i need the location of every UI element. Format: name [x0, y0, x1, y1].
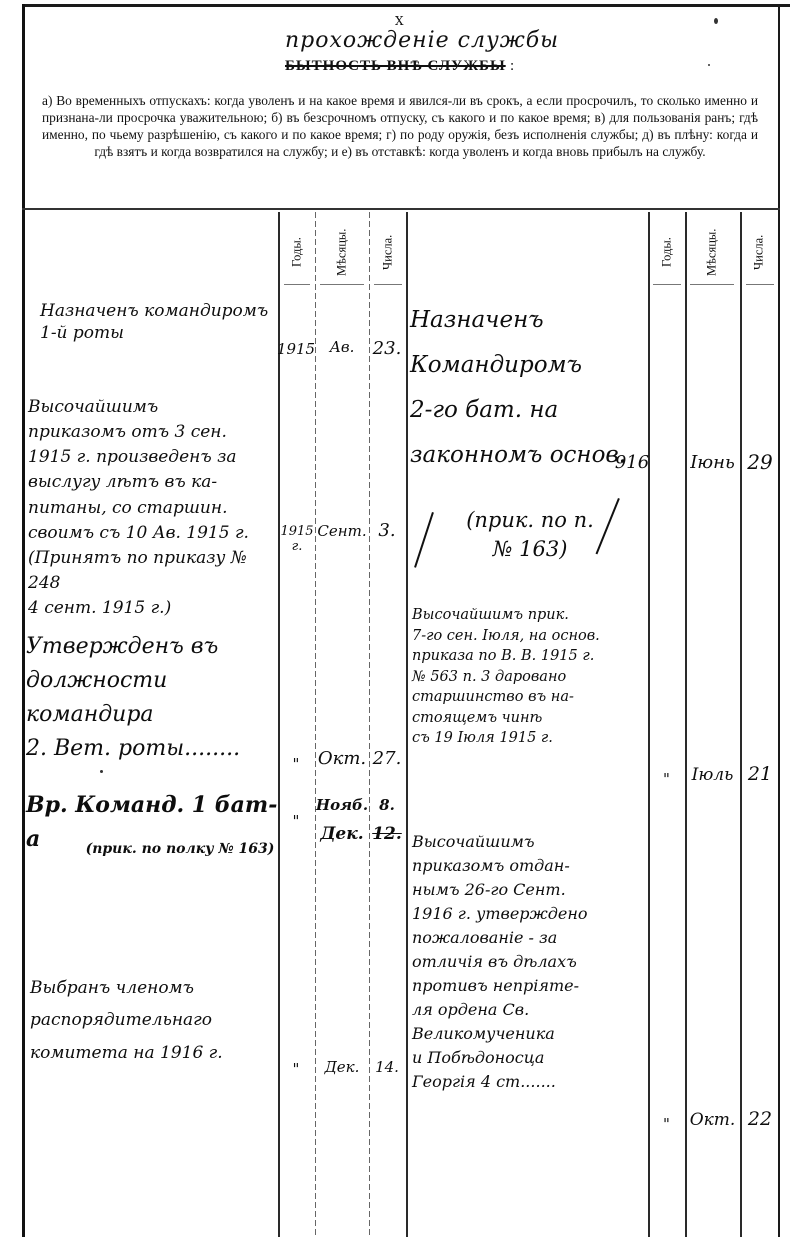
left-entry-4-month: Нояб.	[315, 796, 369, 814]
service-record-page: X прохожденіе службы БЫТНОСТЬ ВНѢ СЛУЖБЫ…	[0, 0, 790, 1237]
right-border	[778, 4, 780, 1237]
header-divider	[22, 208, 780, 210]
header-underline	[374, 284, 402, 285]
left-entry-4-month-2: Дек.	[315, 824, 369, 844]
left-entry-5-day: 14.	[367, 1058, 407, 1076]
column-line	[369, 212, 370, 1237]
header-underline	[690, 284, 734, 285]
left-years-header: Годы.	[282, 222, 312, 282]
left-entry-4-day-2: 12.	[367, 824, 407, 844]
right-entry-1-year: 916	[612, 452, 652, 473]
header-underline	[284, 284, 310, 285]
left-entry-4-day: 8.	[367, 796, 407, 814]
header-underline	[653, 284, 681, 285]
right-entry-3-day: 22	[740, 1108, 780, 1130]
right-months-header: Мѣсяцы.	[697, 222, 727, 282]
column-line	[685, 212, 687, 1237]
right-entry-2-month: Іюль	[685, 765, 740, 785]
right-entry-3-year: "	[648, 1115, 685, 1133]
right-entry-2: Высочайшимъ прик. 7-го сен. Іюля, на осн…	[412, 605, 648, 749]
pen-stroke	[414, 512, 434, 568]
ink-speck	[100, 770, 103, 773]
column-line	[740, 212, 742, 1237]
right-years-header: Годы.	[652, 222, 682, 282]
right-entry-2-day: 21	[740, 763, 780, 785]
left-entry-3-month: Окт.	[315, 748, 369, 769]
right-entry-3: Высочайшимъ приказомъ отдан- нымъ 26-го …	[412, 830, 648, 1094]
right-entry-3-month: Окт.	[685, 1110, 740, 1130]
left-entry-3-year: "	[276, 755, 316, 773]
right-entry-1-day: 29	[740, 450, 780, 474]
ink-speck	[714, 18, 718, 24]
left-entry-2-year: 1915 г.	[276, 524, 318, 554]
printed-title-struck: БЫТНОСТЬ ВНѢ СЛУЖБЫ	[285, 58, 506, 75]
right-days-header: Числа.	[744, 222, 774, 282]
left-entry-1-day: 23.	[367, 338, 407, 359]
left-entry-5: Выбранъ членомъ распорядительнаго комите…	[30, 972, 280, 1069]
left-entry-4-note: (прик. по полку № 163)	[80, 840, 280, 858]
left-entry-1-month: Ав.	[315, 338, 369, 356]
left-entry-2-month: Сент.	[315, 522, 369, 540]
left-entry-3: Утвержденъ въ должности командира 2. Вет…	[26, 630, 286, 766]
left-days-header: Числа.	[373, 222, 403, 282]
handwritten-title: прохожденіе службы	[285, 28, 559, 53]
left-entry-5-year: "	[276, 1060, 316, 1078]
right-entry-1: Назначенъ Командиромъ 2-го бат. на закон…	[410, 298, 650, 477]
left-months-header: Мѣсяцы.	[327, 222, 357, 282]
column-line	[406, 212, 408, 1237]
left-entry-1-year: 1915	[276, 340, 316, 358]
left-entry-2-day: 3.	[367, 520, 407, 541]
header-underline	[746, 284, 774, 285]
right-entry-1-month: Іюнь	[685, 452, 740, 473]
left-border	[22, 4, 25, 1237]
left-entry-3-day: 27.	[367, 748, 407, 769]
instructions-paragraph: а) Во временныхъ отпускахъ: когда уволен…	[42, 92, 758, 160]
header-underline	[320, 284, 364, 285]
column-line	[315, 212, 316, 1237]
ink-speck	[708, 64, 710, 66]
right-entry-1-note: (прик. по п. № 163)	[440, 506, 620, 565]
right-entry-2-year: "	[648, 770, 685, 788]
printed-title-colon: :	[510, 58, 514, 75]
left-entry-1: Назначенъ командиромъ 1-й роты	[40, 300, 280, 344]
section-number: X	[395, 14, 404, 28]
left-entry-2: Высочайшимъ приказомъ отъ 3 сен. 1915 г.…	[28, 395, 278, 621]
left-entry-5-month: Дек.	[315, 1058, 369, 1076]
left-entry-4-year: "	[276, 812, 316, 830]
top-border	[22, 4, 790, 7]
